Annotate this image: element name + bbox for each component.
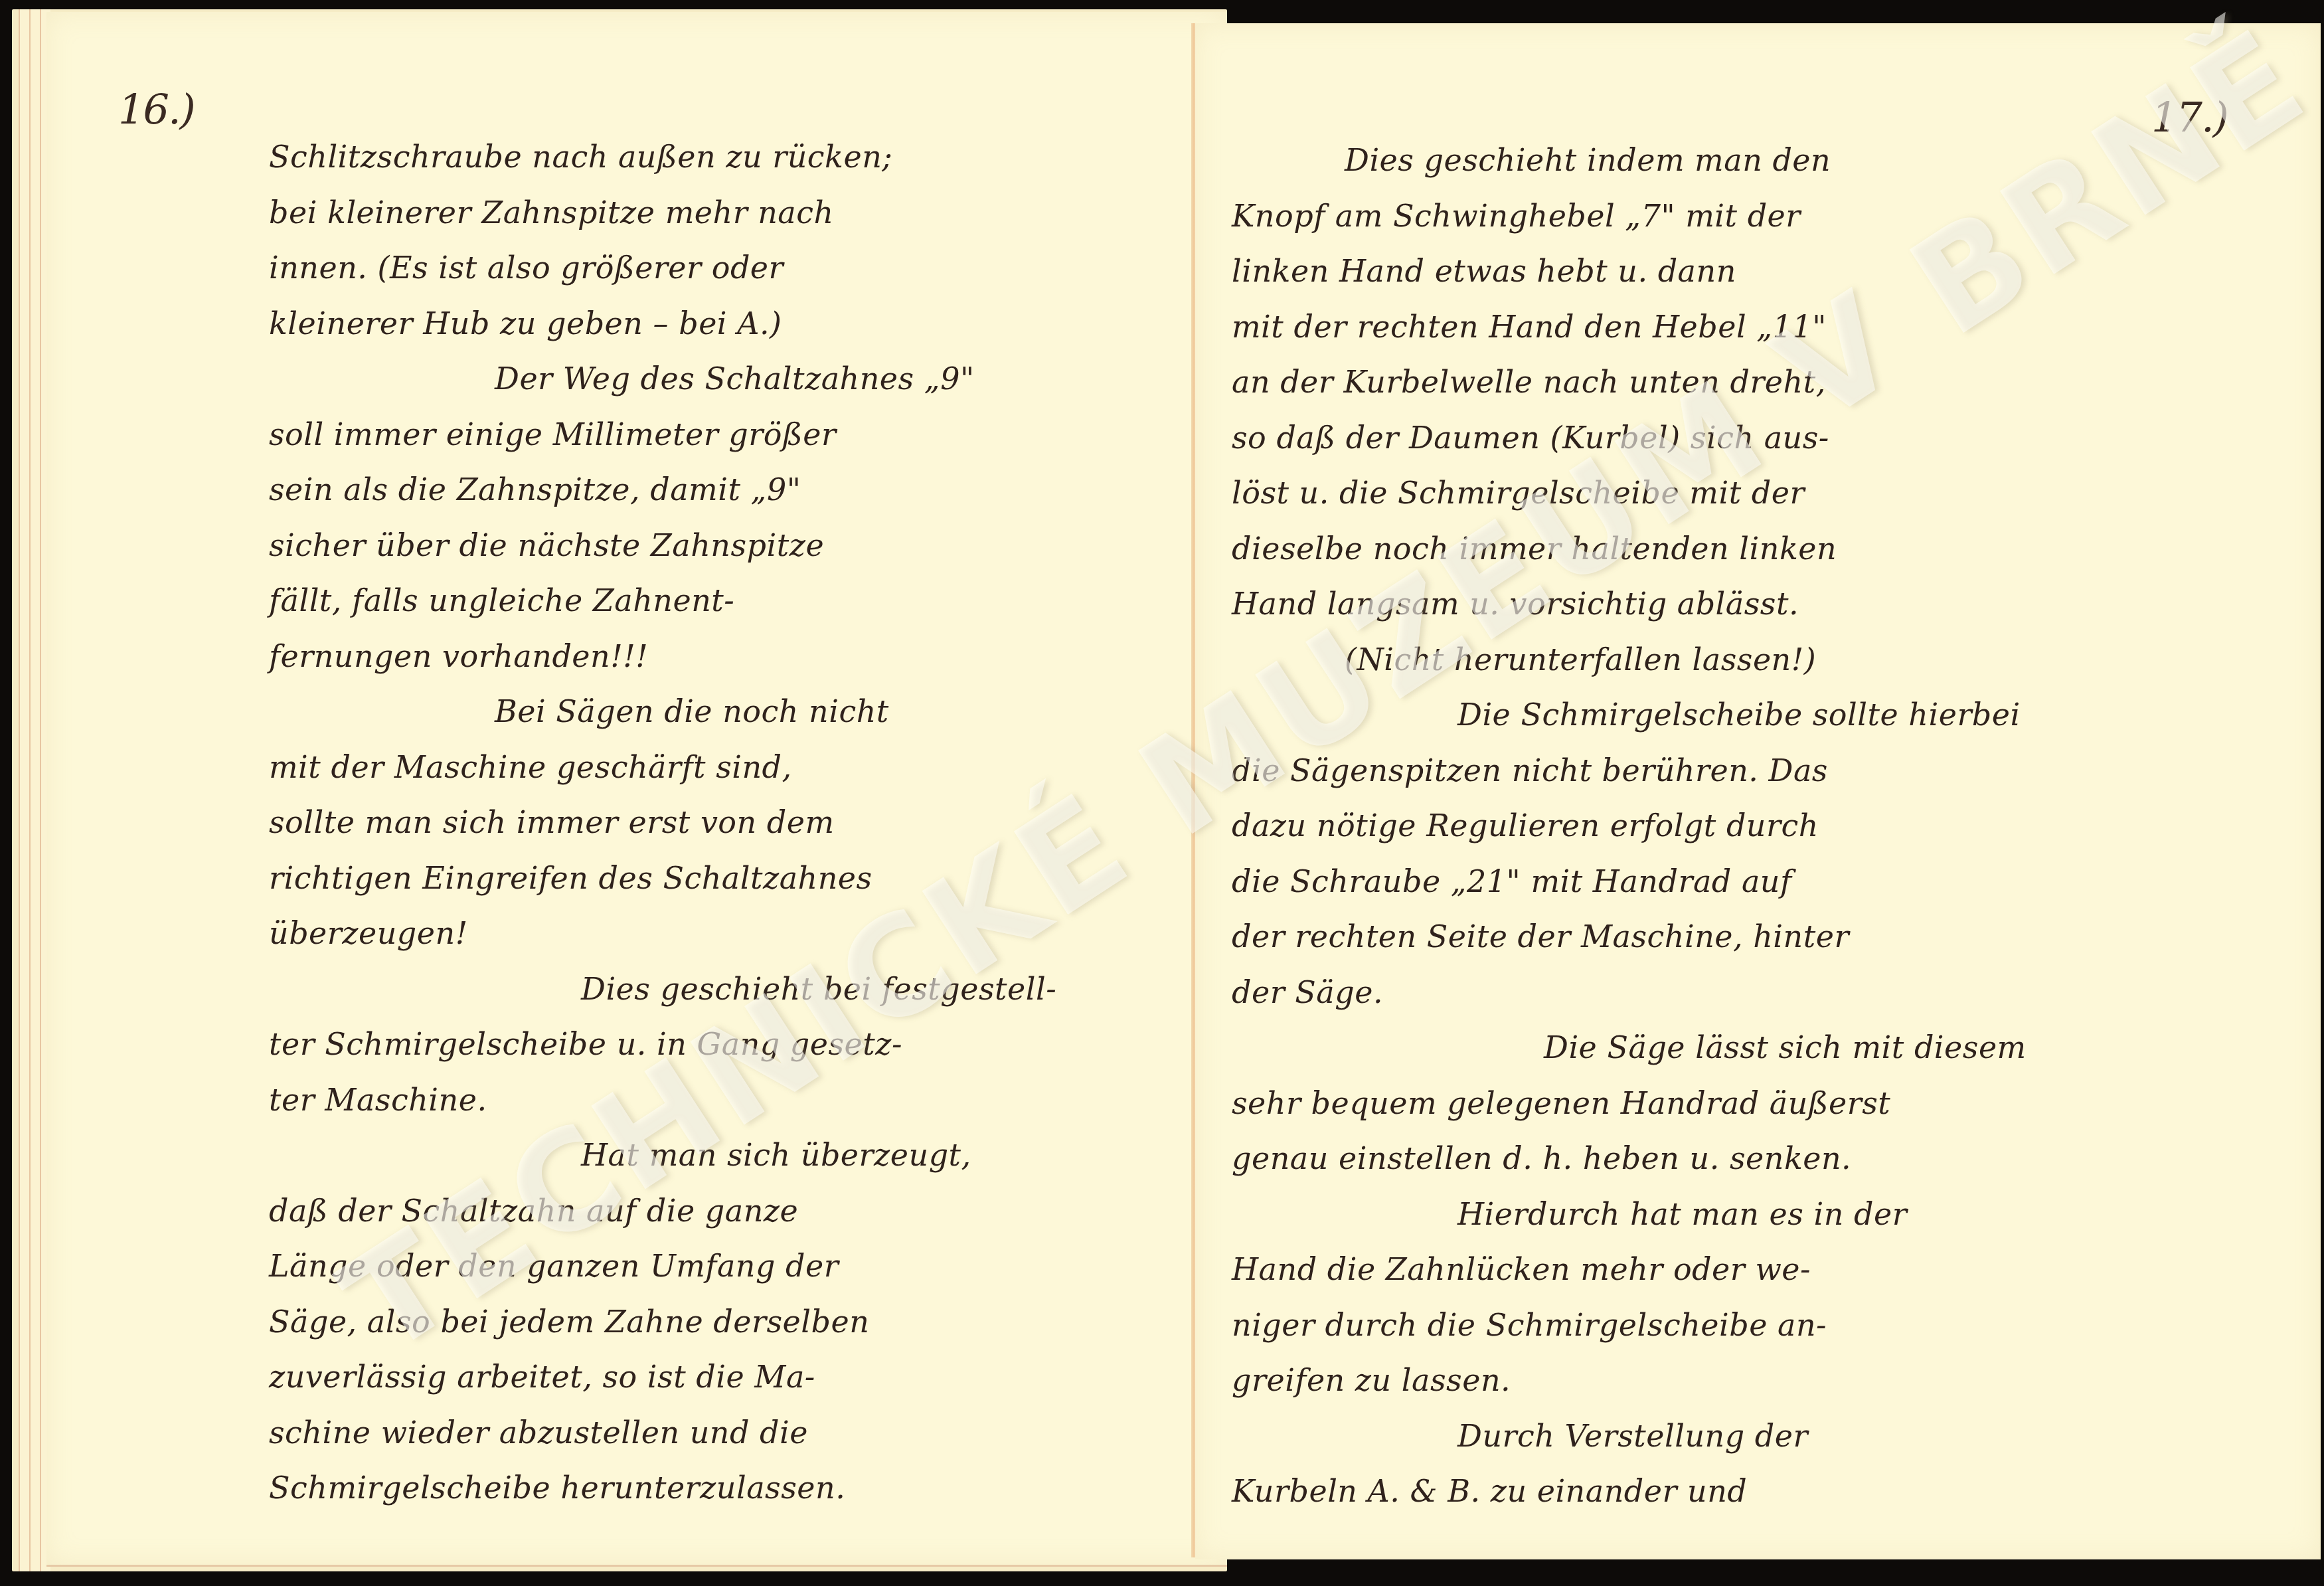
text-line: fällt, falls ungleiche Zahnent- xyxy=(269,573,1145,629)
text-line: richtigen Eingreifen des Schaltzahnes xyxy=(269,851,1145,907)
text-line: mit der rechten Hand den Hebel „11" xyxy=(1232,300,2161,355)
text-line: sein als die Zahnspitze, damit „9" xyxy=(269,462,1145,518)
text-line: Länge oder den ganzen Umfang der xyxy=(269,1239,1145,1294)
text-line: Säge, also bei jedem Zahne derselben xyxy=(269,1294,1145,1350)
text-line: linken Hand etwas hebt u. dann xyxy=(1232,244,2161,300)
text-line: Schmirgelscheibe herunterzulassen. xyxy=(269,1460,1145,1516)
text-line: zuverlässig arbeitet, so ist die Ma- xyxy=(269,1350,1145,1405)
text-line: dazu nötige Regulieren erfolgt durch xyxy=(1232,798,2161,854)
text-line: Die Schmirgelscheibe sollte hierbei xyxy=(1232,687,2161,743)
text-line: überzeugen! xyxy=(269,906,1145,962)
text-line: sehr bequem gelegenen Handrad äußerst xyxy=(1232,1076,2161,1132)
text-line: Hand die Zahnlücken mehr oder we- xyxy=(1232,1242,2161,1298)
text-line: Hierdurch hat man es in der xyxy=(1232,1187,2161,1243)
text-line: bei kleinerer Zahnspitze mehr nach xyxy=(269,185,1145,241)
text-line: (Nicht herunterfallen lassen!) xyxy=(1232,632,2161,688)
text-line: so daß der Daumen (Kurbel) sich aus- xyxy=(1232,410,2161,466)
left-page-text: Schlitzschraube nach außen zu rücken; be… xyxy=(269,130,1145,1516)
text-line: fernungen vorhanden!!! xyxy=(269,629,1145,685)
text-line: sollte man sich immer erst von dem xyxy=(269,795,1145,851)
text-line: dieselbe noch immer haltenden linken xyxy=(1232,521,2161,577)
text-line: Dies geschieht indem man den xyxy=(1232,133,2161,189)
text-line: innen. (Es ist also größerer oder xyxy=(269,240,1145,296)
text-line: Schlitzschraube nach außen zu rücken; xyxy=(269,130,1145,185)
text-line: niger durch die Schmirgelscheibe an- xyxy=(1232,1298,2161,1354)
text-line: der Säge. xyxy=(1232,965,2161,1021)
text-line: Hand langsam u. vorsichtig ablässt. xyxy=(1232,576,2161,632)
text-line: Kurbeln A. & B. zu einander und xyxy=(1232,1464,2161,1520)
right-page-number: 17.) xyxy=(2151,93,2228,141)
page-edge xyxy=(29,9,40,1571)
text-line: kleinerer Hub zu geben – bei A.) xyxy=(269,296,1145,352)
text-line: mit der Maschine geschärft sind, xyxy=(269,740,1145,796)
text-line: schine wieder abzustellen und die xyxy=(269,1405,1145,1461)
right-page-text: Dies geschieht indem man den Knopf am Sc… xyxy=(1232,133,2161,1520)
text-line: soll immer einige Millimeter größer xyxy=(269,407,1145,463)
text-line: sicher über die nächste Zahnspitze xyxy=(269,518,1145,574)
text-line: Dies geschieht bei festgestell- xyxy=(269,962,1145,1017)
text-line: die Schraube „21" mit Handrad auf xyxy=(1232,854,2161,910)
text-line: Durch Verstellung der xyxy=(1232,1409,2161,1464)
page-edge xyxy=(19,9,29,1571)
text-line: Bei Sägen die noch nicht xyxy=(269,684,1145,740)
text-line: daß der Schaltzahn auf die ganze xyxy=(269,1184,1145,1239)
text-line: ter Maschine. xyxy=(269,1073,1145,1128)
text-line: Der Weg des Schaltzahnes „9" xyxy=(269,351,1145,407)
text-line: greifen zu lassen. xyxy=(1232,1353,2161,1409)
text-line: Die Säge lässt sich mit diesem xyxy=(1232,1020,2161,1076)
text-line: die Sägenspitzen nicht berühren. Das xyxy=(1232,743,2161,799)
left-page-number: 16.) xyxy=(118,85,195,133)
text-line: der rechten Seite der Maschine, hinter xyxy=(1232,909,2161,965)
text-line: Hat man sich überzeugt, xyxy=(269,1128,1145,1184)
text-line: löst u. die Schmirgelscheibe mit der xyxy=(1232,466,2161,521)
text-line: an der Kurbelwelle nach unten dreht, xyxy=(1232,355,2161,410)
text-line: ter Schmirgelscheibe u. in Gang gesetz- xyxy=(269,1017,1145,1073)
text-line: Knopf am Schwinghebel „7" mit der xyxy=(1232,189,2161,244)
text-line: genau einstellen d. h. heben u. senken. xyxy=(1232,1131,2161,1187)
